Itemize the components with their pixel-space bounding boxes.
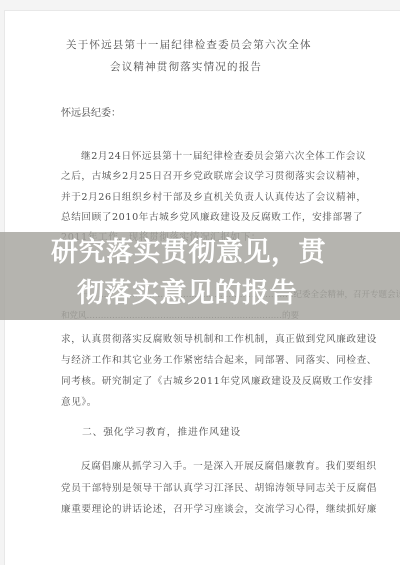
document-addressee: 怀远县纪委：	[61, 104, 121, 119]
section-heading: 二、强化学习教育，推进作风建设	[82, 424, 241, 438]
paragraph-line: 党员干部特别是领导干部认真学习江泽民、胡锦涛领导同志关于反腐倡	[61, 480, 377, 494]
paragraph-line: 意见》。	[61, 394, 97, 408]
paragraph-line: 与经济工作和其它业务工作紧密结合起来，同部署、同落实、同检查、	[61, 352, 377, 366]
paragraph-line: 反腐倡廉从抓学习入手。一是深入开展反腐倡廉教育。我们要组织	[81, 458, 377, 472]
document-title-line-1: 关于怀远县第十一届纪律检查委员会第六次全体	[66, 37, 400, 52]
banner-title-line-1: 研究落实贯彻意见，贯	[51, 239, 326, 266]
paragraph-line: 求，认真贯彻落实反腐败领导机制和工作机制，真正做到党风廉政建设	[61, 331, 377, 345]
paragraph-line: 同考核。研究制定了《古城乡2011年党风廉政建设及反腐败工作安排	[61, 373, 373, 387]
paragraph-line: 廉重要理论的讲话论述，召开学习座谈会，交流学习心得，继续抓好廉	[61, 501, 377, 515]
paragraph-line: 继2月24日怀远县第十一届纪律检查委员会第六次全体工作会议	[81, 148, 366, 162]
banner-title-line-2: 彻落实意见的报告	[77, 280, 297, 307]
paragraph-line: 并于2月26日组织乡村干部及乡直机关负责人认真传达了会议精神，	[61, 189, 367, 203]
paragraph-line: 总结回顾了2010年古城乡党风廉政建设及反腐败工作，安排部署了	[61, 209, 363, 223]
paragraph-line: 之后，古城乡2月25日召开乡党政联席会议学习贯彻落实会议精神，	[61, 168, 367, 182]
document-title-line-2: 会议精神贯彻落实情况的报告	[110, 59, 400, 74]
